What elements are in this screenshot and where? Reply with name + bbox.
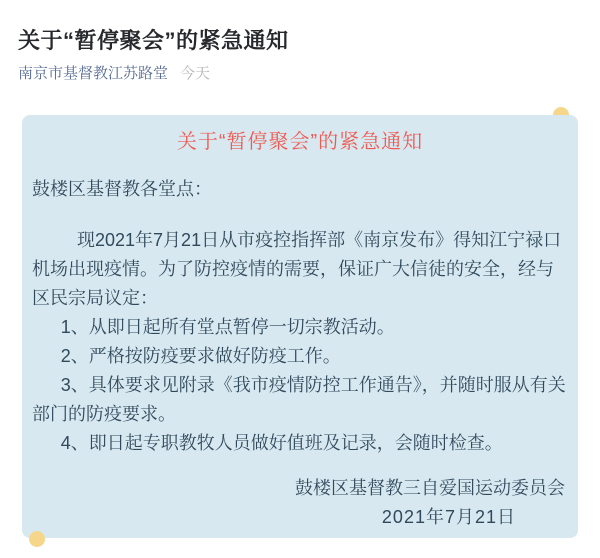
notice-item-2: 2、严格按防疫要求做好防疫工作。 bbox=[32, 342, 568, 371]
page-title: 关于“暂停聚会”的紧急通知 bbox=[18, 26, 582, 56]
article-meta: 南京市基督教江苏路堂今天 bbox=[18, 63, 582, 84]
account-link[interactable]: 南京市基督教江苏路堂 bbox=[18, 65, 168, 82]
notice-item-3: 3、具体要求见附录《我市疫情防控工作通告》，并随时服从有关部门的防疫要求。 bbox=[32, 371, 568, 429]
publish-time: 今天 bbox=[180, 65, 210, 82]
notice-intro: 现2021年7月21日从市疫控指挥部《南京发布》得知江宁禄口机场出现疫情。为了防… bbox=[32, 226, 568, 313]
notice-item-4: 4、即日起专职教牧人员做好值班及记录，会随时检查。 bbox=[32, 429, 568, 458]
notice-item-1: 1、从即日起所有堂点暂停一切宗教活动。 bbox=[32, 313, 568, 342]
accent-dot-bottom bbox=[29, 531, 45, 547]
notice-card-container: 关于“暂停聚会”的紧急通知 鼓楼区基督教各堂点： 现2021年7月21日从市疫控… bbox=[22, 115, 578, 538]
notice-card: 关于“暂停聚会”的紧急通知 鼓楼区基督教各堂点： 现2021年7月21日从市疫控… bbox=[22, 115, 578, 538]
article-page: 关于“暂停聚会”的紧急通知 南京市基督教江苏路堂今天 关于“暂停聚会”的紧急通知… bbox=[0, 0, 600, 538]
article-header: 关于“暂停聚会”的紧急通知 南京市基督教江苏路堂今天 bbox=[0, 0, 600, 84]
notice-signature: 鼓楼区基督教三自爱国运动委员会 bbox=[32, 474, 568, 503]
notice-greeting: 鼓楼区基督教各堂点： bbox=[32, 175, 568, 204]
notice-date: 2021年7月21日 bbox=[32, 503, 568, 532]
notice-title: 关于“暂停聚会”的紧急通知 bbox=[32, 129, 568, 155]
